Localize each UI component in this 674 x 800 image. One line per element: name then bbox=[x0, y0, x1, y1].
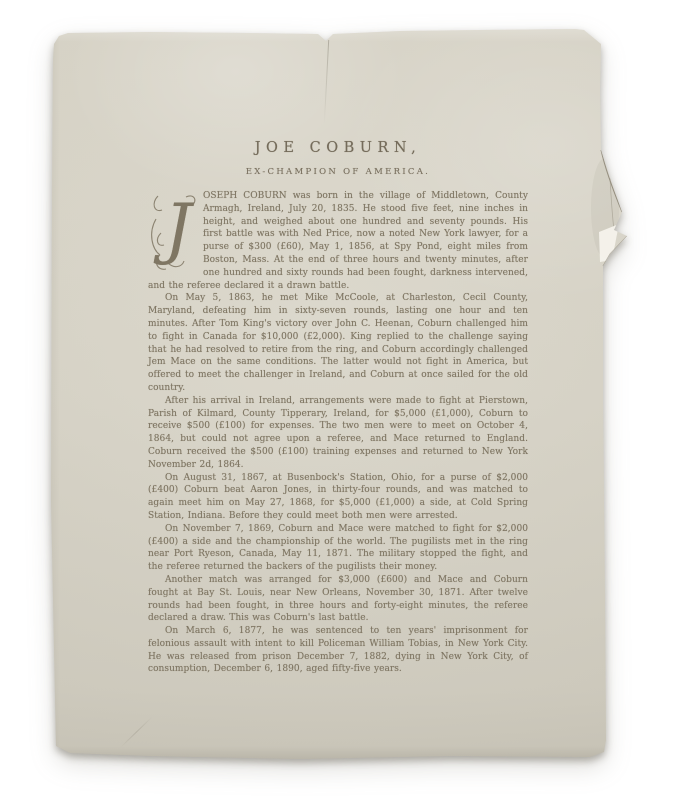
printed-text-block: JOE COBURN, EX-CHAMPION OF AMERICA. bbox=[148, 140, 528, 676]
paragraph-1: J OSEPH COBURN was born in the village o… bbox=[148, 190, 528, 292]
bottom-left-crease bbox=[120, 716, 152, 747]
paragraph-5: On November 7, 1869, Coburn and Mace wer… bbox=[148, 523, 528, 574]
document-page: JOE COBURN, EX-CHAMPION OF AMERICA. bbox=[50, 28, 630, 762]
document-body: J OSEPH COBURN was born in the village o… bbox=[148, 190, 528, 676]
photo-background: { "colors": { "background": "#ffffff", "… bbox=[0, 0, 674, 800]
top-edge-crease bbox=[324, 40, 329, 124]
paragraph-2: On May 5, 1863, he met Mike McCoole, at … bbox=[148, 292, 528, 394]
paper-shadow: JOE COBURN, EX-CHAMPION OF AMERICA. bbox=[0, 0, 674, 800]
paragraph-4: On August 31, 1867, at Busenbock's Stati… bbox=[148, 472, 528, 523]
torn-edge-detail bbox=[585, 138, 633, 278]
paragraph-6: Another match was arranged for $3,000 (£… bbox=[148, 574, 528, 625]
photo-scene: JOE COBURN, EX-CHAMPION OF AMERICA. bbox=[0, 0, 674, 800]
page-title: JOE COBURN, bbox=[148, 140, 528, 156]
dropcap-flourish-icon: J bbox=[148, 191, 198, 273]
paragraph-7: On March 6, 1877, he was sentenced to te… bbox=[148, 625, 528, 676]
page-subtitle: EX-CHAMPION OF AMERICA. bbox=[148, 167, 528, 177]
ornamental-dropcap: J bbox=[148, 191, 198, 273]
paragraph-1-text: OSEPH COBURN was born in the village of … bbox=[148, 191, 528, 291]
paragraph-3: After his arrival in Ireland, arrangemen… bbox=[148, 395, 528, 472]
